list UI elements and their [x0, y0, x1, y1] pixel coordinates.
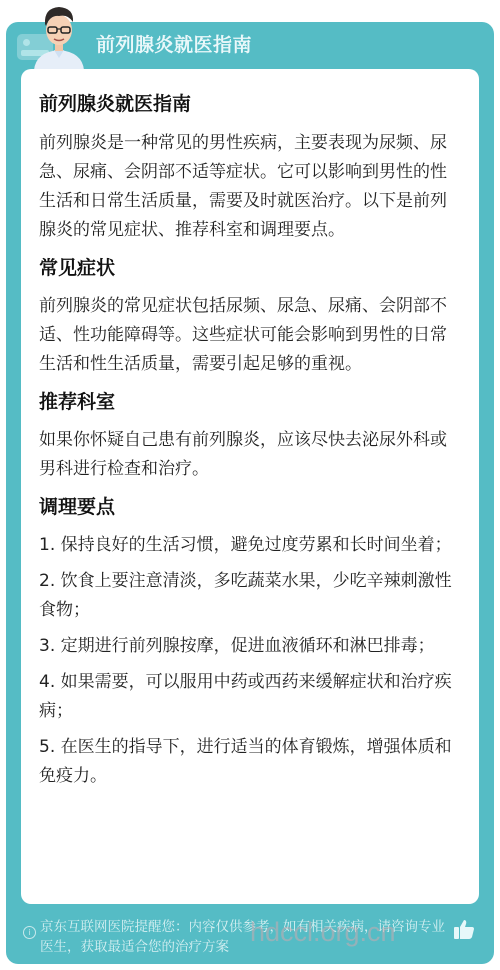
- doctor-avatar: [28, 2, 90, 70]
- article-intro: 前列腺炎是一种常见的男性疾病，主要表现为尿频、尿急、尿痛、会阴部不适等症状。它可…: [39, 129, 461, 245]
- care-item-4: 4. 如果需要，可以服用中药或西药来缓解症状和治疗疾病；: [39, 668, 461, 726]
- article-title: 前列腺炎就医指南: [39, 89, 461, 116]
- thumbs-up-icon[interactable]: [453, 918, 475, 940]
- care-item-5: 5. 在医生的指导下，进行适当的体育锻炼，增强体质和免疫力。: [39, 733, 461, 791]
- care-item-2: 2. 饮食上要注意清淡，多吃蔬菜水果，少吃辛辣刺激性食物；: [39, 567, 461, 625]
- section-heading-department: 推荐科室: [39, 387, 461, 414]
- article-card: 前列腺炎就医指南 前列腺炎是一种常见的男性疾病，主要表现为尿频、尿急、尿痛、会阴…: [21, 69, 479, 904]
- section-heading-care: 调理要点: [39, 492, 461, 519]
- header-title: 前列腺炎就医指南: [96, 30, 252, 57]
- care-item-3: 3. 定期进行前列腺按摩，促进血液循环和淋巴排毒；: [39, 632, 461, 661]
- section-body-symptoms: 前列腺炎的常见症状包括尿频、尿急、尿痛、会阴部不适、性功能障碍等。这些症状可能会…: [39, 292, 461, 379]
- care-item-1: 1. 保持良好的生活习惯，避免过度劳累和长时间坐着；: [39, 531, 461, 560]
- section-heading-symptoms: 常见症状: [39, 253, 461, 280]
- section-body-department: 如果你怀疑自己患有前列腺炎，应该尽快去泌尿外科或男科进行检查和治疗。: [39, 426, 461, 484]
- watermark: hdccl.org.cn: [250, 917, 396, 948]
- info-circle-icon: i: [23, 926, 36, 939]
